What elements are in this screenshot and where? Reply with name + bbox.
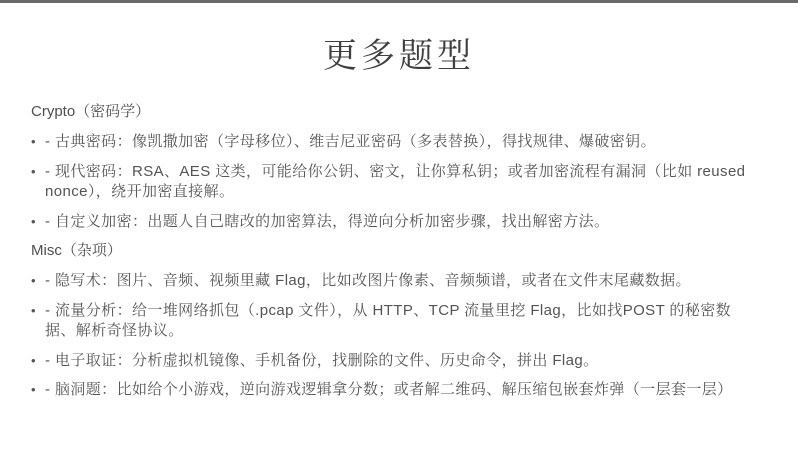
bullet-text: - 流量分析：给一堆网络抓包（.pcap 文件），从 HTTP、TCP 流量里挖… xyxy=(45,301,754,342)
bullet-dot-icon: • xyxy=(31,212,45,233)
bullet-item-forensics: • - 电子取证：分析虚拟机镜像、手机备份，找删除的文件、历史命令，拼出 Fla… xyxy=(31,351,754,372)
bullet-dot-icon: • xyxy=(31,351,45,372)
bullet-dot-icon: • xyxy=(31,380,45,401)
top-border-bar xyxy=(0,0,798,3)
bullet-dot-icon: • xyxy=(31,132,45,153)
bullet-dot-icon: • xyxy=(31,162,45,183)
slide: 更多题型 Crypto（密码学） • - 古典密码：像凯撒加密（字母移位）、维吉… xyxy=(0,0,798,449)
bullet-item-steganography: • - 隐写术：图片、音频、视频里藏 Flag，比如改图片像素、音频频谱，或者在… xyxy=(31,271,754,292)
bullet-text: - 隐写术：图片、音频、视频里藏 Flag，比如改图片像素、音频频谱，或者在文件… xyxy=(45,271,754,292)
section-header-misc: Misc（杂项） xyxy=(31,241,754,261)
bullet-item-modern-cipher: • - 现代密码：RSA、AES 这类，可能给你公钥、密文，让你算私钥；或者加密… xyxy=(31,162,754,203)
bullet-dot-icon: • xyxy=(31,271,45,292)
bullet-item-traffic-analysis: • - 流量分析：给一堆网络抓包（.pcap 文件），从 HTTP、TCP 流量… xyxy=(31,301,754,342)
bullet-text: - 电子取证：分析虚拟机镜像、手机备份，找删除的文件、历史命令，拼出 Flag。 xyxy=(45,351,754,372)
slide-title: 更多题型 xyxy=(0,33,798,79)
bullet-text: - 自定义加密：出题人自己瞎改的加密算法，得逆向分析加密步骤，找出解密方法。 xyxy=(45,212,754,233)
bullet-text: - 脑洞题：比如给个小游戏，逆向游戏逻辑拿分数；或者解二维码、解压缩包嵌套炸弹（… xyxy=(45,380,754,401)
bullet-item-puzzle: • - 脑洞题：比如给个小游戏，逆向游戏逻辑拿分数；或者解二维码、解压缩包嵌套炸… xyxy=(31,380,754,401)
slide-content: Crypto（密码学） • - 古典密码：像凯撒加密（字母移位）、维吉尼亚密码（… xyxy=(0,79,798,401)
bullet-text: - 现代密码：RSA、AES 这类，可能给你公钥、密文，让你算私钥；或者加密流程… xyxy=(45,162,754,203)
bullet-item-custom-encryption: • - 自定义加密：出题人自己瞎改的加密算法，得逆向分析加密步骤，找出解密方法。 xyxy=(31,212,754,233)
bullet-item-classical-cipher: • - 古典密码：像凯撒加密（字母移位）、维吉尼亚密码（多表替换），得找规律、爆… xyxy=(31,132,754,153)
bullet-dot-icon: • xyxy=(31,301,45,322)
bullet-text: - 古典密码：像凯撒加密（字母移位）、维吉尼亚密码（多表替换），得找规律、爆破密… xyxy=(45,132,754,153)
section-header-crypto: Crypto（密码学） xyxy=(31,102,754,122)
